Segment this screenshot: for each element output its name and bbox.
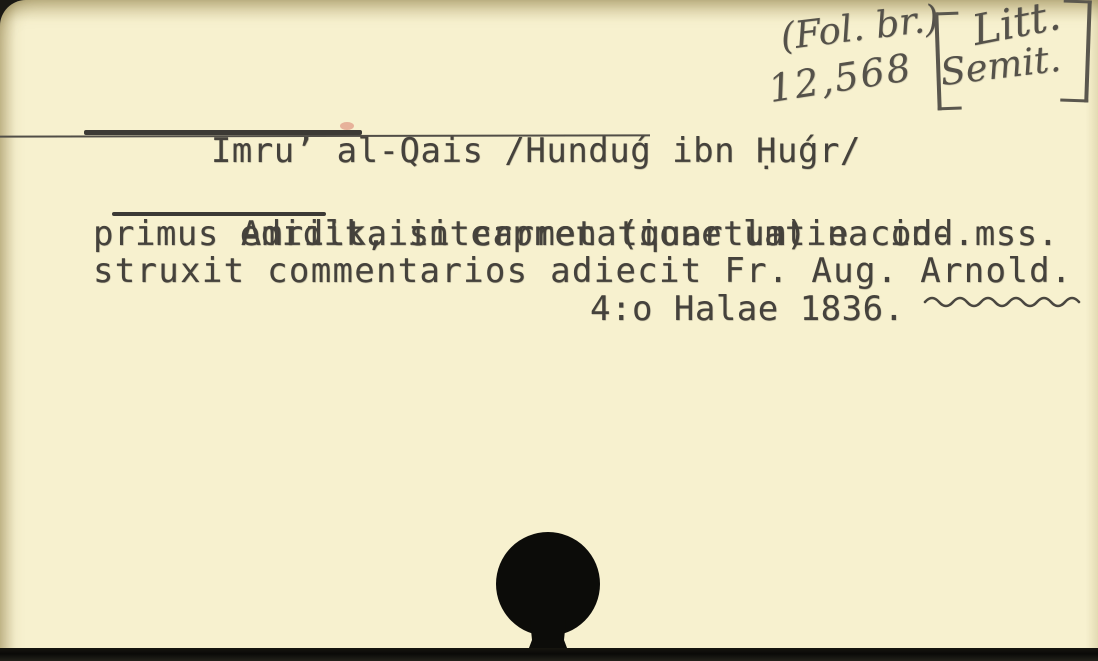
body-line-3: struxit commentarios adiecit Fr. Aug. Ar…: [93, 253, 1073, 290]
scan-background: (Fol. br.) 12,568 Litt. Semit. Imru’ al-…: [0, 0, 1098, 661]
punch-hole: [468, 528, 638, 661]
imprint-line: 4:o Halae 1836.: [590, 291, 905, 328]
body-line-2: primus edidit, interpretatione latina in…: [93, 216, 953, 253]
catalog-card: (Fol. br.) 12,568 Litt. Semit. Imru’ al-…: [0, 0, 1098, 661]
pink-smudge: [340, 122, 354, 130]
author-variant-name: /Hunduǵ ibn Ḥuǵr/: [483, 131, 860, 171]
format-annotation: (Fol. br.): [778, 0, 941, 59]
arnold-wavy-underline: [922, 294, 1094, 308]
card-bottom-edge: [0, 648, 1098, 661]
classification-right-bracket: [1060, 0, 1092, 102]
author-name: Imru’ al-Qais: [211, 131, 484, 171]
